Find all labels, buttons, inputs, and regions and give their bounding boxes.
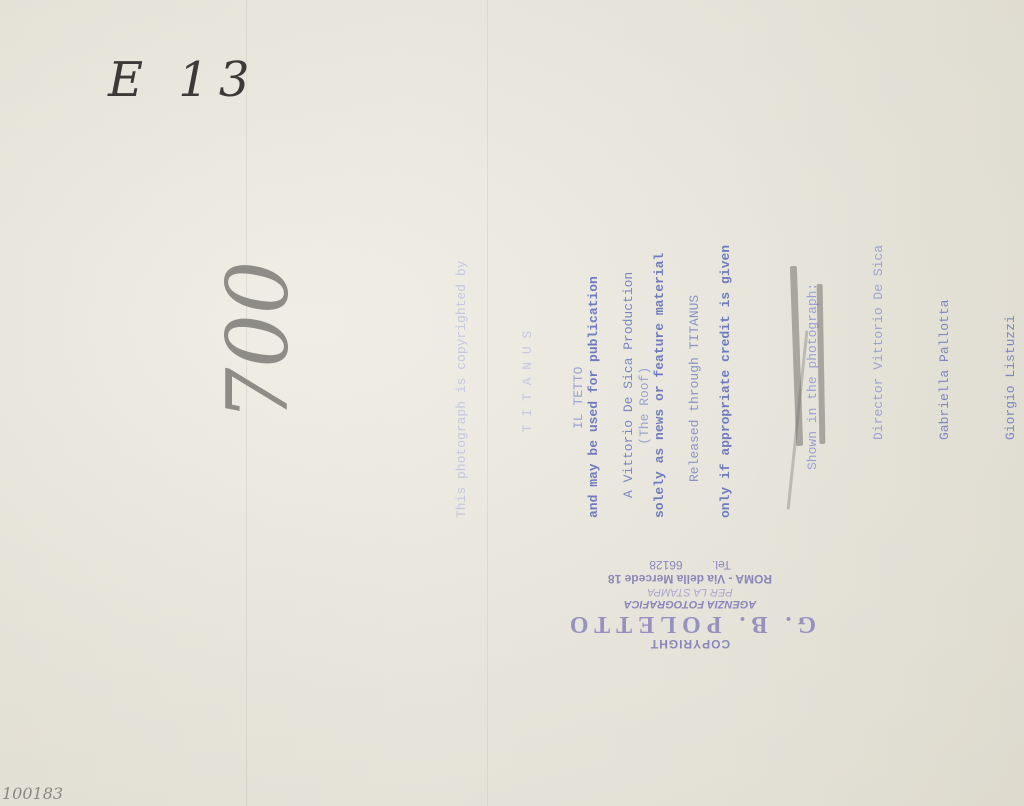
archive-number: 100183 bbox=[2, 784, 63, 803]
stamp-per: PER LA STAMPA bbox=[562, 586, 818, 598]
photographer-stamp: COPYRIGHT G. B. POLETTO AGENZIA FOTOGRAF… bbox=[562, 558, 818, 651]
stamp-phone: Tel. 66128 bbox=[562, 558, 818, 572]
stamp-agency: AGENZIA FOTOGRAFICA bbox=[562, 598, 818, 610]
stamp-copyright: COPYRIGHT bbox=[562, 637, 818, 651]
stamp-tel-label: Tel. bbox=[712, 558, 731, 572]
caption-person-struck: Giorgio Listuzzi bbox=[1000, 245, 1022, 470]
production-credit: A Vittorio De Sica Production bbox=[618, 272, 640, 498]
caption-person-struck: Gabriella Pallotta bbox=[934, 245, 956, 470]
handwritten-number: 700 bbox=[209, 261, 307, 421]
production-block: A Vittorio De Sica Production Released t… bbox=[574, 272, 728, 498]
caption-person: Director Vittorio De Sica bbox=[868, 245, 890, 470]
stamp-name: G. B. POLETTO bbox=[562, 610, 818, 637]
release-credit: Released through TITANUS bbox=[684, 272, 706, 498]
handwritten-code: E 13 bbox=[108, 52, 259, 108]
stamp-tel-number: 66128 bbox=[649, 558, 682, 572]
notice-line: This photograph is copyrighted by bbox=[451, 245, 473, 518]
stamp-address: ROMA - Via della Mercede 18 bbox=[562, 572, 818, 586]
